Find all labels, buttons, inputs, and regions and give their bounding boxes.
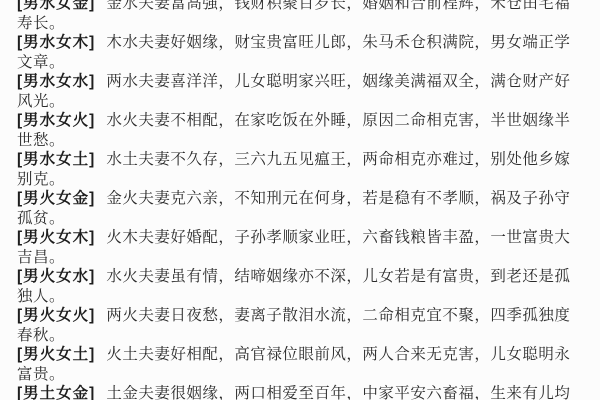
entry-first-line: [男水女水]两水夫妻喜洋洋，儿女聪明家兴旺，姻缘美满福双全，满仓财产好 bbox=[17, 72, 585, 92]
entry-label: [男火女水] bbox=[17, 268, 95, 285]
entry-wrap-line: 吉昌。 bbox=[17, 248, 585, 268]
entry-text: 水火夫妻不相配，在家吃饭在外睡，原因二命相克害，半世姻缘半 bbox=[106, 112, 570, 129]
entry-text: 水土夫妻不久存，三六九五见瘟王，两命相克亦难过，别处他乡嫁 bbox=[106, 151, 570, 168]
entry-text: 水火夫妻虽有情，结啼姻缘亦不深，儿女若是有富贵，到老还是孤 bbox=[106, 268, 570, 285]
entry-first-line: [男火女土]火土夫妻好相配，高官禄位眼前风，两人合来无克害，儿女聪明永 bbox=[17, 345, 585, 365]
entry-text: 火木夫妻好婚配，子孙孝顺家业旺，六畜钱粮皆丰盈，一世富贵大 bbox=[106, 229, 570, 246]
entry-first-line: [男火女火]两火夫妻日夜愁，妻离子散泪水流，二命相克宜不聚，四季孤独度 bbox=[17, 306, 585, 326]
entry-label: [男土女金] bbox=[17, 385, 95, 400]
entry-first-line: [男火女水]水火夫妻虽有情，结啼姻缘亦不深，儿女若是有富贵，到老还是孤 bbox=[17, 267, 585, 287]
document-page: [男水女金]金水夫妻富高强，钱财积聚百岁长，婚姻和合前程辉，禾仓田宅福寿长。[男… bbox=[0, 0, 600, 400]
entry-first-line: [男火女木]火木夫妻好婚配，子孙孝顺家业旺，六畜钱粮皆丰盈，一世富贵大 bbox=[17, 228, 585, 248]
entry-label: [男火女火] bbox=[17, 307, 95, 324]
entry-first-line: [男火女金]金火夫妻克六亲，不知刑元在何身，若是稳有不孝顺，祸及子孙守 bbox=[17, 189, 585, 209]
entry-wrap-line: 文章。 bbox=[17, 53, 585, 73]
entry-label: [男火女土] bbox=[17, 346, 95, 363]
entry-label: [男水女金] bbox=[17, 0, 95, 12]
entry-label: [男火女木] bbox=[17, 229, 95, 246]
entry-label: [男火女金] bbox=[17, 190, 95, 207]
entry-first-line: [男水女土]水土夫妻不久存，三六九五见瘟王，两命相克亦难过，别处他乡嫁 bbox=[17, 150, 585, 170]
entry-wrap-line: 风光。 bbox=[17, 92, 585, 112]
entry-wrap-line: 寿长。 bbox=[17, 14, 585, 34]
entry-text: 风光。 bbox=[17, 93, 65, 110]
entry-text: 富贵。 bbox=[17, 366, 65, 383]
entry-first-line: [男土女金]土金夫妻很姻缘，两口相爱至百年，中家平安六畜福，生来有儿均 bbox=[17, 384, 585, 400]
entry-text: 土金夫妻很姻缘，两口相爱至百年，中家平安六畜福，生来有儿均 bbox=[106, 385, 570, 400]
entry-first-line: [男水女火]水火夫妻不相配，在家吃饭在外睡，原因二命相克害，半世姻缘半 bbox=[17, 111, 585, 131]
entry-text: 火土夫妻好相配，高官禄位眼前风，两人合来无克害，儿女聪明永 bbox=[106, 346, 570, 363]
entry-text: 孤贫。 bbox=[17, 210, 65, 227]
entry-wrap-line: 世愁。 bbox=[17, 131, 585, 151]
entry-label: [男水女土] bbox=[17, 151, 95, 168]
entry-first-line: [男水女金]金水夫妻富高强，钱财积聚百岁长，婚姻和合前程辉，禾仓田宅福 bbox=[17, 0, 585, 14]
entry-wrap-line: 富贵。 bbox=[17, 365, 585, 385]
entry-text: 春秋。 bbox=[17, 327, 65, 344]
entry-text: 独人。 bbox=[17, 288, 65, 305]
entry-label: [男水女火] bbox=[17, 112, 95, 129]
entry-text: 别克。 bbox=[17, 171, 65, 188]
entry-text: 金水夫妻富高强，钱财积聚百岁长，婚姻和合前程辉，禾仓田宅福 bbox=[106, 0, 570, 12]
entry-text: 木水夫妻好姻缘，财宝贵富旺儿郎，朱马禾仓积满院，男女端正学 bbox=[106, 34, 570, 51]
entry-wrap-line: 春秋。 bbox=[17, 326, 585, 346]
entry-text: 金火夫妻克六亲，不知刑元在何身，若是稳有不孝顺，祸及子孙守 bbox=[106, 190, 570, 207]
entry-text: 两火夫妻日夜愁，妻离子散泪水流，二命相克宜不聚，四季孤独度 bbox=[106, 307, 570, 324]
entry-label: [男水女木] bbox=[17, 34, 95, 51]
entry-wrap-line: 独人。 bbox=[17, 287, 585, 307]
entry-text: 寿长。 bbox=[17, 15, 65, 32]
entry-first-line: [男水女木]木水夫妻好姻缘，财宝贵富旺儿郎，朱马禾仓积满院，男女端正学 bbox=[17, 33, 585, 53]
text-block: [男水女金]金水夫妻富高强，钱财积聚百岁长，婚姻和合前程辉，禾仓田宅福寿长。[男… bbox=[17, 0, 585, 400]
entry-text: 两水夫妻喜洋洋，儿女聪明家兴旺，姻缘美满福双全，满仓财产好 bbox=[106, 73, 570, 90]
entry-text: 吉昌。 bbox=[17, 249, 65, 266]
entry-text: 文章。 bbox=[17, 54, 65, 71]
entry-label: [男水女水] bbox=[17, 73, 95, 90]
entry-wrap-line: 孤贫。 bbox=[17, 209, 585, 229]
entry-text: 世愁。 bbox=[17, 132, 65, 149]
entry-wrap-line: 别克。 bbox=[17, 170, 585, 190]
